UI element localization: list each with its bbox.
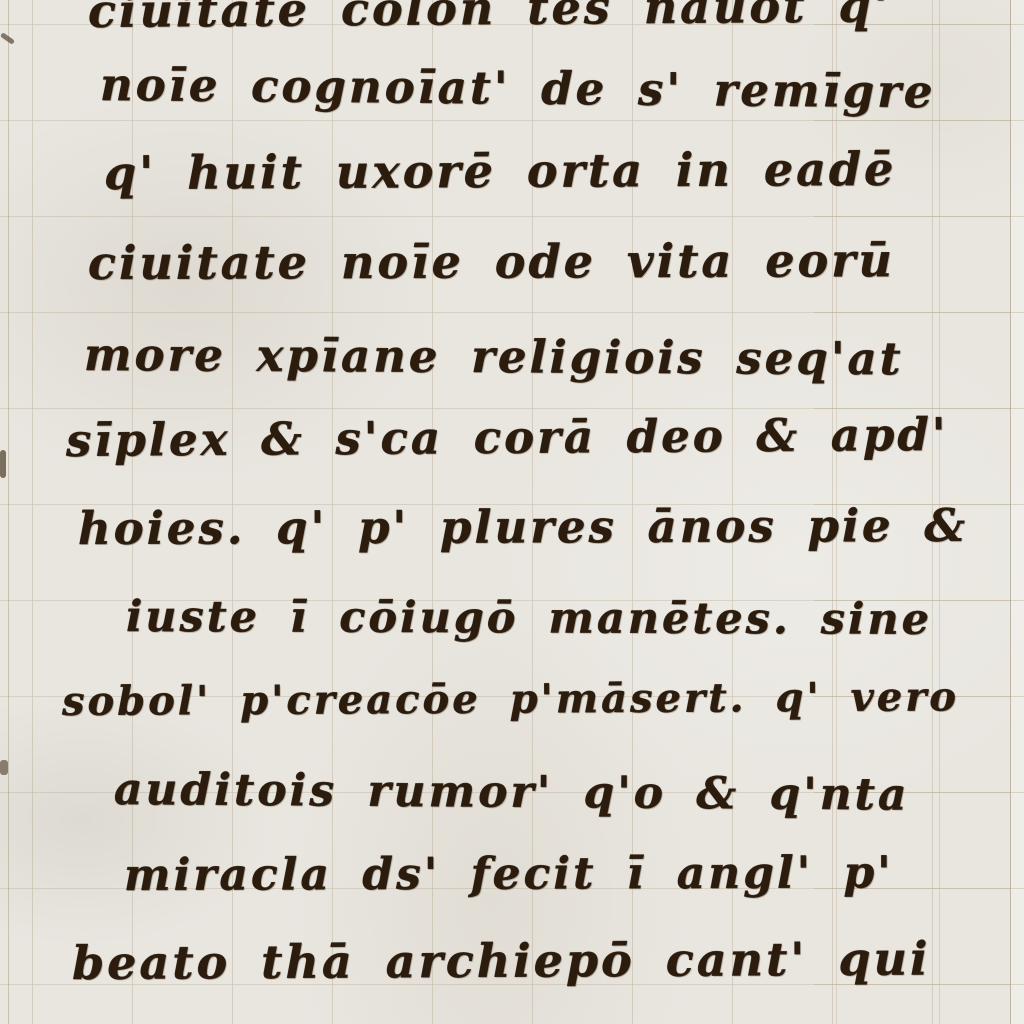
manuscript-text-line: sobol' p'creacōe p'māsert. q' vero [62,673,959,725]
manuscript-text-line: beato thā archiepō cant' qui [72,932,931,990]
manuscript-text-line: noīe cognoīat' de s' remīgre [100,58,936,118]
manuscript-text-line: q' huit uxorē orta in eadē [104,142,897,200]
ink-smudge [0,450,6,478]
ink-smudge [0,760,8,775]
manuscript-text-line: hoies. q' p' plures ānos pie & [78,499,968,555]
manuscript-text-line: iuste ī cōiugō manētes. sine [126,592,932,645]
manuscript-text-line: sīplex & s'ca corā deo & apd' [66,408,949,467]
left-margin-ruling-line [8,0,9,1024]
manuscript-text-line: miracla ds' fecit ī angl' p' [124,847,894,901]
manuscript-text-line: auditois rumor' q'o & q'nta [114,764,910,821]
page-edge-right [1010,0,1024,1024]
manuscript-text-line: more xpīane religiois seq'at [84,328,904,385]
manuscript-text-line: ciuitate colōn tes nauot q' [88,0,891,38]
manuscript-text-line: ciuitate noīe ode vita eorū [88,233,895,290]
ink-smudge [0,32,15,45]
manuscript-page: ciuitate colōn tes nauot q' noīe cognoīa… [0,0,1024,1024]
